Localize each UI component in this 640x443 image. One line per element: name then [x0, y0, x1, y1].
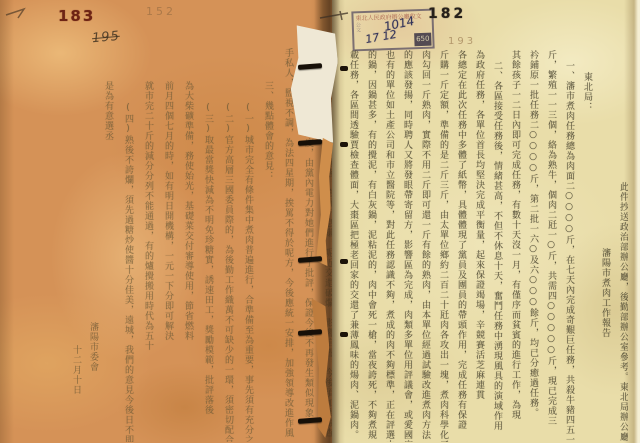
- receipt-stamp-code: 650: [414, 33, 431, 47]
- text-column: 三、幾點體會的意見：: [263, 48, 273, 442]
- text-column: 是為有意選丞: [103, 48, 113, 442]
- text-column: (二)官方高層三國委員際的，為後勤工作織萬不可缺少的一環，須密切配合: [223, 48, 233, 442]
- text-column: 也有的單位如土產公司和市立醫院等，對此任務認識不夠，煮成的肉不夠標準，正在評選中: [384, 50, 394, 442]
- receipt-stamp-date: 17 12: [364, 28, 397, 46]
- text-column: 其餘孩子一二日內即可完成任務，有數十天沒一月，有僅序而貧賓的進行工作，為現: [510, 50, 520, 442]
- receipt-stamp: 東北人民政府辦公廳收文 公文 1014 17 12 650: [351, 9, 434, 52]
- signature-column: 瀋陽市委會: [88, 322, 98, 372]
- faint-page-number: 193: [448, 36, 476, 47]
- faint-page-number: 152: [146, 5, 176, 18]
- page-number-stamp: 182: [428, 6, 466, 22]
- right-page: 東北人民政府辦公廳收文 公文 1014 17 12 650 182 193 此件…: [332, 0, 640, 443]
- right-page-text: 此件抄送政治部辦公廳，後勤部辦公室參考。東北局辦公廳十二月十六日 瀋陽市煮肉工作…: [336, 50, 628, 442]
- pencil-mark-icon: [318, 8, 358, 24]
- pencil-mark-icon: [4, 5, 30, 21]
- text-column: 載任務，各區間透驗賈檢查體面，大棗區把極老回家的交還了兼薄鳳味的煬肉、泥鍋肉。: [348, 50, 358, 442]
- scanned-document: 183 152 195 認為不理，土產公司轉賣低落，急就不息賺，呢近交還破爛，影…: [0, 0, 640, 443]
- text-column: 前月四個七月的時，如有明日開機構，一元一下分即可解決: [163, 48, 173, 442]
- text-column: 的鍋，因鍋甚多，有的攪泥，有白灰鍋，泥粘泥的，肉中會死一槍，當夜誇死，不夠煮規: [366, 50, 376, 442]
- text-column: 斤購一斤定額，準備的是二斤三斤，由太單位鄉約二百二十瓩肉各攻出一塊，煮肉科學化了: [438, 50, 448, 442]
- text-column: 肉勾回一斤熟肉，實際不用二斤即可還一斤有餘的熟肉，由本單位經過試驗改進煮肉方法: [420, 50, 430, 442]
- binding-stitch: [340, 142, 348, 147]
- left-page-text: 認為不理，土產公司轉賣低落，急就不息賺，呢近交還破爛，影響信譽，今後須加強檢查對…: [48, 48, 333, 442]
- text-column: 手私人，監視不調，為法四星期，挨罵不得於呢方，今後應統一安排，加強領導改進作風: [283, 48, 293, 442]
- crossed-out-number: 195: [91, 29, 120, 46]
- binding-stitch: [340, 259, 348, 264]
- binding-stitch: [340, 66, 348, 71]
- text-column: 瀋陽市煮肉工作報告: [600, 50, 610, 442]
- text-column: 此件抄送政治部辦公廳，後勤部辦公室參考。東北局辦公廳十二月十六日: [618, 50, 628, 442]
- text-column: 就市完二十斤的減分分列不能通過，有的爐攪搬用時代為五十: [143, 48, 153, 442]
- text-column: 東北局：: [582, 50, 592, 442]
- text-column: (四)熟後不誇爛，須先過糖炒使醬十分佳美，遠城，我們的意見今後日不即批停止作業: [123, 48, 133, 442]
- text-column: 一、瀋市煮肉任務總為肉面二○○○○斤，在七天內完成奇艱巨任務，共殺牛豬四五一○: [564, 50, 574, 442]
- page-number-stamp: 183: [58, 7, 95, 25]
- text-column: (一)城市完全有條件集中煮肉普遍進行，合準備至為重要，事先須有充分之準備: [243, 48, 253, 442]
- text-column: 為大柴礦準備，務使始光，基礎菜交付審導使用，節省燃料: [183, 48, 193, 442]
- text-column: 的應該發揚，同時聘人又將發眼帶寄留方，影響區為完成，肉類多單位用評議會，或愛國定…: [402, 50, 412, 442]
- date-column: 十二月十日: [71, 345, 81, 395]
- left-page: 183 152 195 認為不理，土產公司轉賣低落，急就不息賺，呢近交還破爛，影…: [0, 0, 336, 443]
- text-column: 二、各區接受任務後，情緒甚高，不但不休息十天，奮鬥任務中湧現風具的演域作用: [492, 50, 502, 442]
- binding-stitch: [340, 332, 348, 337]
- text-column: 斤，繁殖一一三個，絡為熟牛，個肉二瓩一○斤，共需四○○○○○斤，現已完成三: [546, 50, 556, 442]
- text-column: (三)取最當獎快減為不明免珍糖實，誘速田工，獎勵模範，批評落後: [203, 48, 213, 442]
- text-column: 衿鋪原一批任務二○○○○斤，第二批一六○及六○○○餘斤，均已分癒過任務。: [528, 50, 538, 442]
- text-column: 各總定在此次任務中多體了紙幣，具體體現了黨員及團員的帶頭作用，完成任務有保證: [456, 50, 466, 442]
- text-column: 為政府任務，各單位首長均堅決完成平衡量，起來保證竭場，辛競賽活芝麻連貫: [474, 50, 484, 442]
